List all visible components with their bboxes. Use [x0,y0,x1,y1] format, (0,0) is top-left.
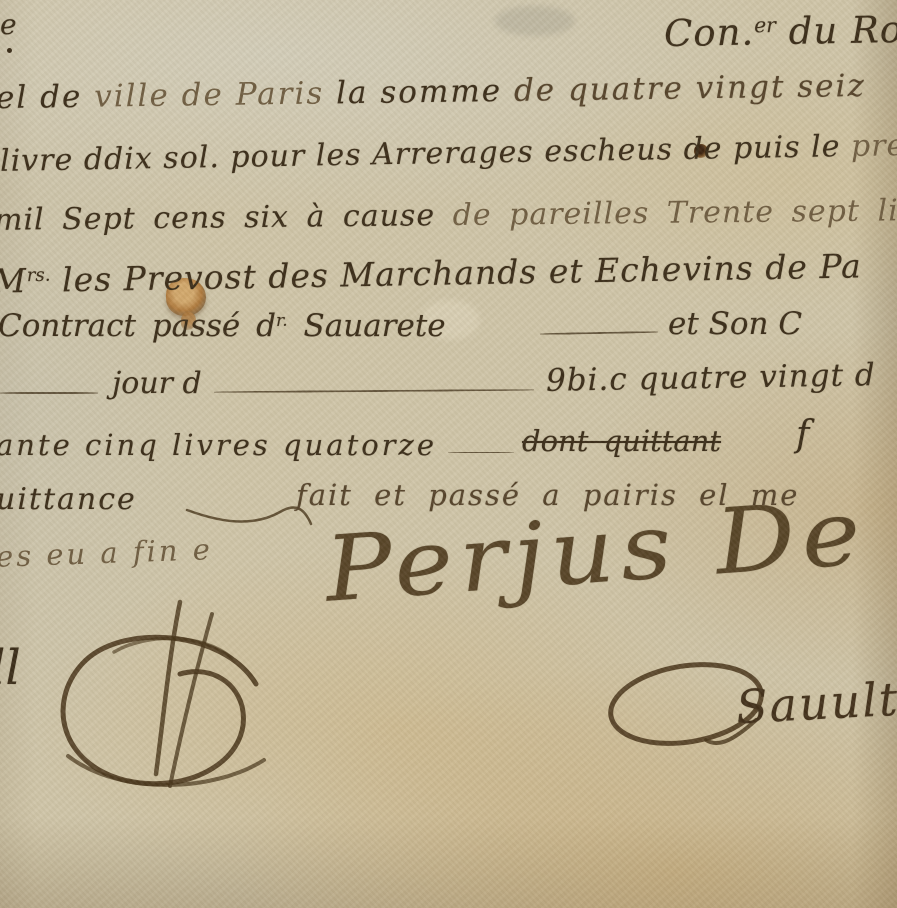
ink-smudge [495,6,575,36]
line-quittance-left: uittance [0,482,137,517]
line-prevost: Mrs. les Prevost des Marchands et Echevi… [0,246,862,300]
flourish-monogram-icon [28,588,283,798]
line-contract-p1: Contract passé d [0,308,276,344]
bottom-right-signature: Sauult [735,672,897,734]
line-quatorze-tail-text: f [796,414,809,455]
line-contract-sup: r. [276,311,288,331]
line-quatorze-struck: dont quittant [522,424,721,458]
line-somme: el de ville de Paris la somme de quatre … [0,68,866,116]
line-annee-p1: mil Sept cens six à cause [0,198,453,238]
rule-line [540,331,658,335]
line-prevost-superscript: rs. [27,265,51,286]
cut-text-fragment: e [0,8,17,41]
line-somme-p3: la somme [324,73,514,112]
line-contract-right: et Son C [668,306,802,342]
line-quatorze-tail: f [796,414,809,455]
line-jour-right-text: 9bi.c quatre vingt d [546,357,876,399]
line-somme-p2: ville de Paris [94,75,325,114]
line-jour-right: 9bi.c quatre vingt d [546,357,876,399]
line-somme-p1: el de [0,79,94,116]
line-jour-text: jour d [112,366,202,401]
header-conseiller-du-roy: Con.er du Ro [664,8,897,55]
ink-dot [7,48,12,53]
manuscript-page: e Con.er du Ro el de ville de Paris la s… [0,0,897,908]
line-arrerages: livre ddix sol. pour les Arrerages esche… [0,128,897,179]
line-quatorze-left: ante cinq livres quatorze [0,428,437,462]
line-arrerages-p2: pre [851,128,897,164]
line-jour-word: jour d [112,366,202,401]
line-contract-p2: Sauarete [288,308,446,344]
line-prevost-rest: les Prevost des Marchands et Echevins de… [50,246,862,299]
bottom-right-signature-text: Sauult [735,672,897,734]
header-superscript: er [754,13,776,37]
line-contract-p3: et Son C [668,306,802,342]
header-prefix: Con. [664,11,755,56]
header-rest: du Ro [776,8,897,53]
line-contract-left: Contract passé dr. Sauarete [0,308,446,344]
line-fin-text: es eu a fin e [0,532,213,574]
line-somme-p4: de quatre vingt seiz [514,68,866,109]
rule-line [214,389,534,393]
line-prevost-prefix: M [0,261,27,301]
line-fin: es eu a fin e [0,532,213,574]
line-arrerages-p1: livre ddix sol. pour les Arrerages esche… [0,129,851,179]
cut-text-fragment-left: ll [0,640,21,696]
line-annee: mil Sept cens six à cause de pareilles T… [0,193,897,238]
rule-line [0,392,98,394]
struck-dont-quittant: dont quittant [522,424,721,458]
rule-line [448,452,514,453]
line-quatorze-p1: ante cinq livres quatorze [0,428,437,462]
line-quittance-p1: uittance [0,482,137,517]
line-annee-p2: de pareilles Trente sept liv [452,193,897,233]
